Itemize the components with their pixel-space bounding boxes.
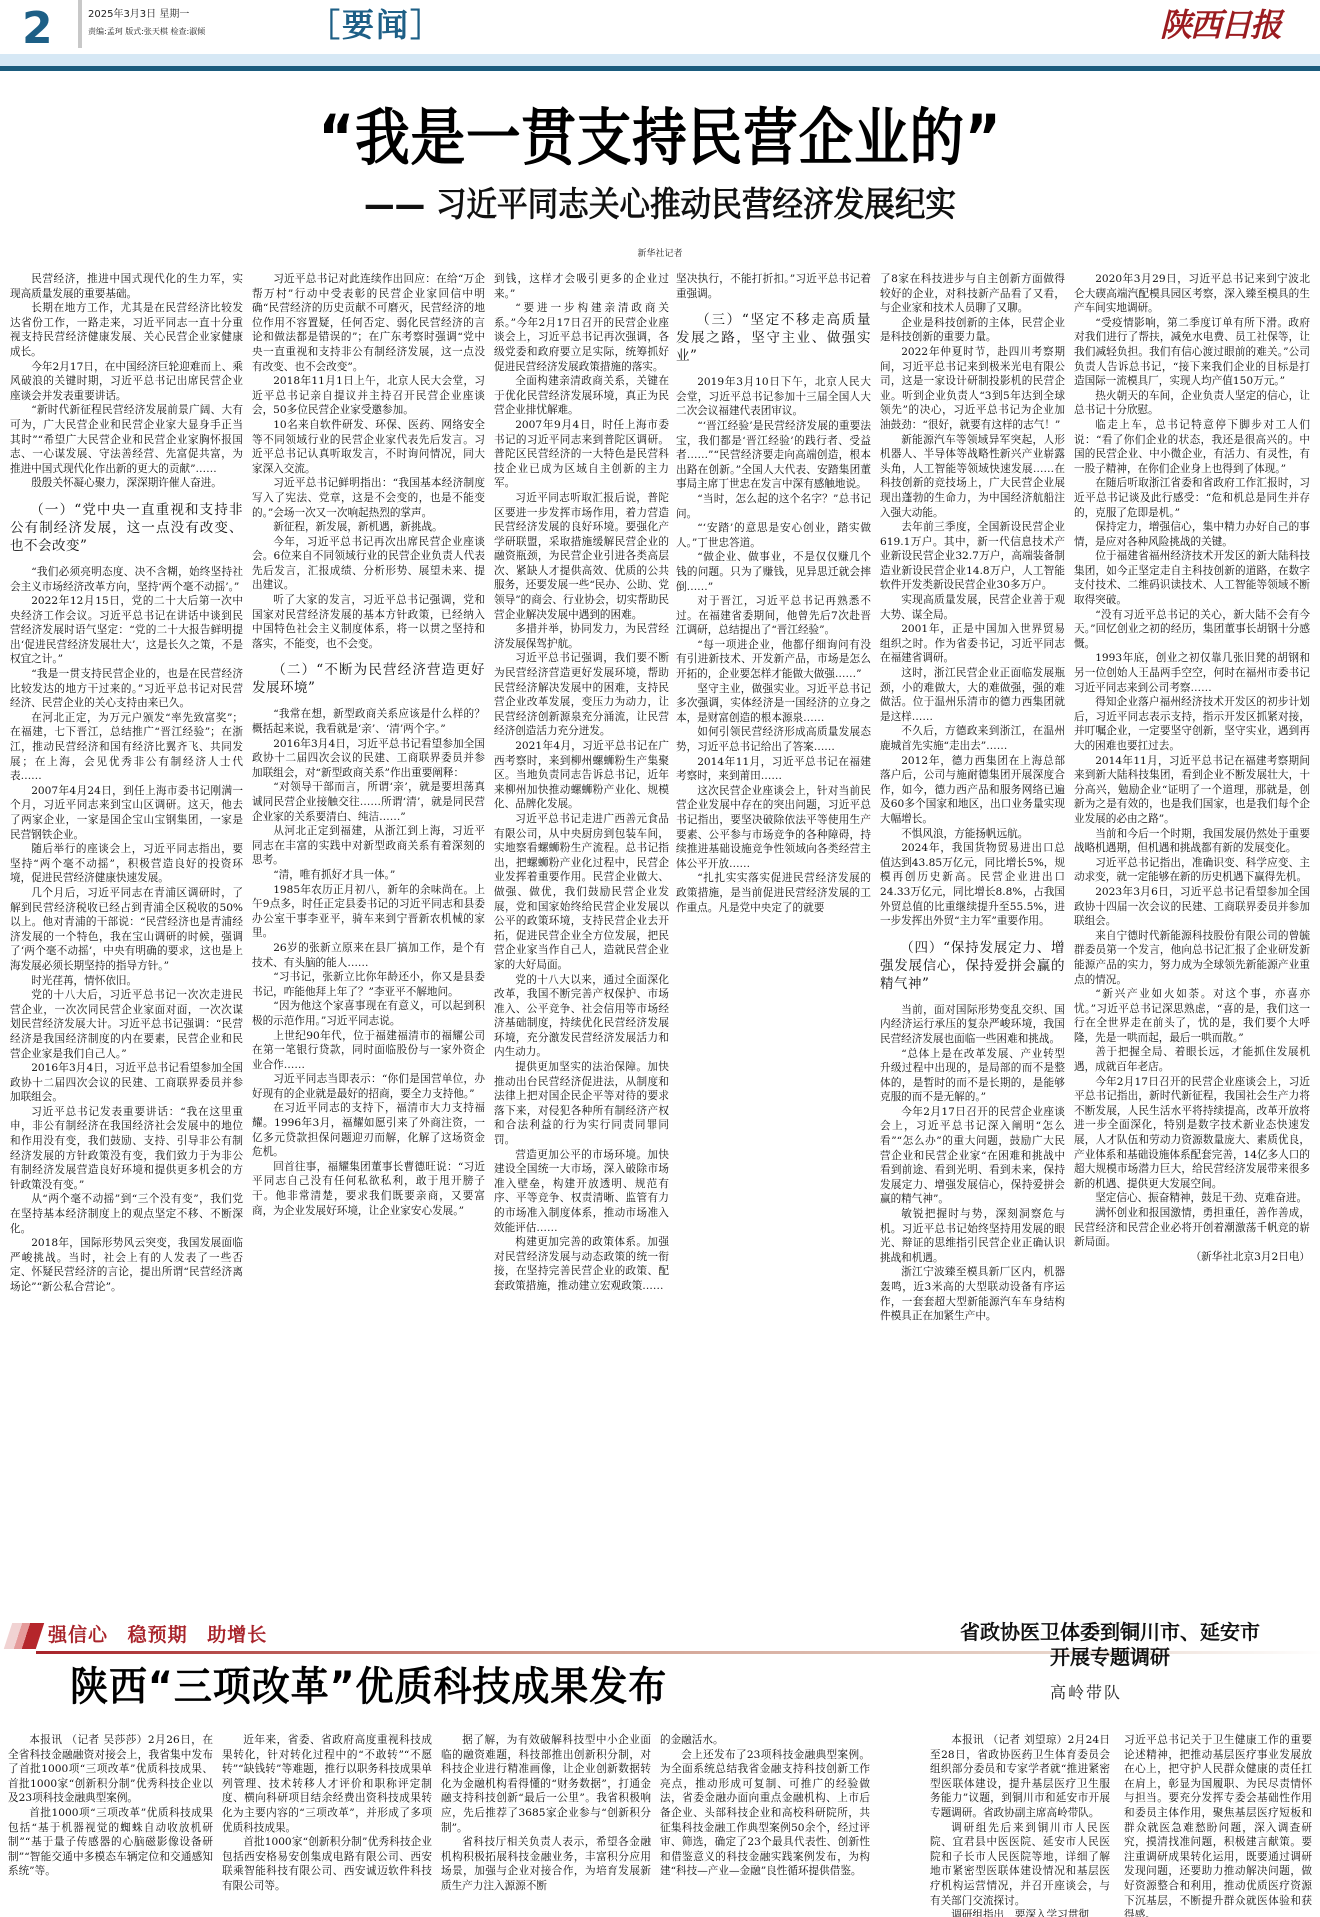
article-column-6: 2020年3月29日，习近平总书记来到宁波北仑大碶高端汽配模具园区考察，深入臻至… (1074, 272, 1310, 1572)
paragraph: 习近平总书记走进广西善元食品有限公司，从中央厨房到包装车间，实地察看螺蛳粉生产流… (494, 812, 669, 973)
paragraph: “做企业、做事业，不是仅仅赚几个钱的问题。只为了赚钱，见异思迁就会摔倒……” (676, 550, 871, 594)
paragraph: 这次民营企业座谈会上，针对当前民营企业发展中存在的突出问题，习近平总书记指出，要… (676, 784, 871, 872)
paragraph: “‘安踏’的意思是安心创业，踏实做人。”丁世忠答道。 (676, 521, 871, 550)
paragraph: 26岁的张新立原来在县厂搞加工作，是个有技术、有头脑的能人…… (252, 941, 485, 970)
paragraph: 对于晋江，习近平总书记再熟悉不过。在福建省委期间，他曾先后7次赴晋江调研，总结提… (676, 594, 871, 638)
paragraph: 据了解，为有效破解科技型中小企业面临的融资难题，科技部推出创新积分制，对科技企业… (441, 1733, 651, 1835)
paragraph: “清，唯有抓好才具一体。” (252, 868, 485, 883)
paragraph: “没有习近平总书记的关心，新大陆不会有今天。”回忆创业之初的经历，集团董事长胡钢… (1074, 608, 1310, 652)
paragraph: 企业是科技创新的主体，民营企业是科技创新的重要力量。 (880, 316, 1065, 345)
paragraph: 调研组先后来到铜川市人民医院、宜君县中医医院、延安市人民医院和子长市人民医院等地… (930, 1821, 1110, 1909)
paragraph: “受疫情影响，第二季度订单有所下滑。政府对我们进行了帮扶，减免水电费、员工社保等… (1074, 316, 1310, 389)
paragraph: 热火朝天的车间，企业负责人坚定的信心，让总书记十分欣慰。 (1074, 389, 1310, 418)
cppcc-article-headline: 省政协医卫体委到铜川市、延安市 开展专题调研 (930, 1620, 1290, 1670)
section-heading-1: （一）“党中央一直重视和支持非公有制经济发展，这一点没有改变、也不会改变” (10, 501, 243, 555)
paragraph: 构建更加完善的政策体系。加强对民营经济发展与动态政策的统一衔接，在坚持完善民营企… (494, 1235, 669, 1293)
paragraph: 坚守主业，做强实业。习近平总书记多次强调，实体经济是一国经济的立身之本，是财富创… (676, 682, 871, 726)
masthead-divider (78, 0, 82, 48)
paragraph: 敏锐把握时与势，深刻洞察危与机。习近平总书记始终坚持用发展的眼光、辩证的思维指引… (880, 1207, 1065, 1265)
issue-meta: 2025年3月3日 星期一 责编:孟珂 版式:张天棋 检查:淑倾 (88, 6, 205, 40)
paragraph: 民营经济，推进中国式现代化的生力军，实现高质量发展的重要基础。 (10, 272, 243, 301)
section-heading-3: （三）“坚定不移走高质量发展之路，坚守主业、做强实业” (676, 311, 871, 365)
paragraph: 保持定力，增强信心，集中精力办好自己的事情，是应对各种风险挑战的关键。 (1074, 520, 1310, 549)
science-column-3: 据了解，为有效破解科技型中小企业面临的融资难题，科技部推出创新积分制，对科技企业… (441, 1733, 651, 1917)
paragraph: 调研组指出，要深入学习贯彻 (930, 1908, 1110, 1917)
paragraph: 省科技厅相关负责人表示，希望各金融机构积极拓展科技金融业务，丰富积分应用场景，加… (441, 1835, 651, 1893)
section-heading-2: （二）“不断为民营经济营造更好发展环境” (252, 661, 485, 697)
paragraph: 本报讯 （记者 吴莎莎）2月26日，在全省科技金融融资对接会上，我省集中发布了首… (8, 1733, 213, 1806)
paragraph: 2018年11月1日上午，北京人民大会堂，习近平总书记亲自提议并主持召开民营企业… (252, 374, 485, 418)
article-column-5: 了8家在科技进步与自主创新方面做得较好的企业，对科技新产品看了又看，与企业家和技… (880, 272, 1065, 1572)
paragraph: “习书记，张新立比你年龄还小，你又是县委书记，咋能他拜上年了？”李亚平不解地问。 (252, 970, 485, 999)
paragraph: 从河北正定到福建，从浙江到上海，习近平同志在丰富的实践中对新型政商关系有着深刻的… (252, 824, 485, 868)
paragraph: 习近平同志听取汇报后说，普陀区要进一步发挥市场作用，着力营造民营经济发展的良好环… (494, 491, 669, 622)
paragraph: 2014年11月，习近平总书记在福建考察期间来到新大陆科技集团，看到企业不断发展… (1074, 754, 1310, 827)
paragraph: “新时代新征程民营经济发展前景广阔、大有可为，广大民营企业和民营企业家大显身手正… (10, 403, 243, 476)
paragraph: 2018年，国际形势风云突变，我国发展面临严峻挑战。当时，社会上有的人发表了一些… (10, 1236, 243, 1294)
page-number: 2 (22, 4, 53, 54)
paragraph: 今年2月17日，在中国经济巨轮迎难而上、乘风破浪的关键时期，习近平总书记出席民营… (10, 360, 243, 404)
editorial-staff: 责编:孟珂 版式:张天棋 检查:淑倾 (88, 24, 205, 40)
cppcc-headline-line-1: 省政协医卫体委到铜川市、延安市 (930, 1620, 1290, 1645)
paragraph: 几个月后，习近平同志在青浦区调研时，了解到民营经济税收已经占到青浦全区税收的50… (10, 886, 243, 974)
paragraph: 2022年仲夏时节，赴四川考察期间，习近平总书记来到极米光电有限公司，这是一家设… (880, 345, 1065, 433)
section-kicker: 强信心 稳预期 助增长 (8, 1617, 798, 1653)
paragraph: “总体上是在改革发展、产业转型升级过程中出现的，是局部的而不是整体的，是暂时的而… (880, 1047, 1065, 1105)
paragraph: 不久后，方德政来到浙江，在温州鹿城首先实施“走出去”…… (880, 724, 1065, 753)
cppcc-column-1: 本报讯 （记者 刘望琼）2月24日至28日，省政协医药卫生体育委员会组织部分委员… (930, 1733, 1110, 1917)
paragraph: 今年2月17日召开的民营企业座谈会上，习近平总书记指出，新时代新征程，我国社会生… (1074, 1075, 1310, 1192)
paragraph: “我是一贯支持民营企业的，也是在民营经济比较发达的地方干过来的。”习近平总书记对… (10, 667, 243, 711)
paragraph: 2023年3月6日，习近平总书记看望参加全国政协十四届一次会议的民建、工商联界委… (1074, 885, 1310, 929)
paragraph: 去年前三季度，全国新设民营企业619.1万户。其中，新一代信息技术产业新设民营企… (880, 520, 1065, 593)
paragraph: 2021年4月，习近平总书记在广西考察时，来到柳州螺蛳粉生产集聚区。当地负责同志… (494, 739, 669, 812)
dateline-sign: （新华社北京3月2日电） (1074, 1250, 1310, 1265)
paragraph: 殷殷关怀凝心聚力，深深期许催人奋进。 (10, 476, 243, 491)
paragraph: 2007年9月4日，时任上海市委书记的习近平同志来到普陀区调研。普陀区民营经济的… (494, 418, 669, 491)
paragraph: 上世纪90年代，位于福建福清市的福耀公司在第一笔银行贷款，同时面临股份与一家外资… (252, 1029, 485, 1073)
paragraph: 坚决执行，不能打折扣。”习近平总书记着重强调。 (676, 272, 871, 301)
paragraph: 时光荏苒，情怀依旧。 (10, 974, 243, 989)
article-column-4: 坚决执行，不能打折扣。”习近平总书记着重强调。 （三）“坚定不移走高质量发展之路… (676, 272, 871, 1572)
header-band (0, 54, 1320, 66)
paragraph: 2022年12月15日，党的二十大后第一次中央经济工作会议。习近平总书记在讲话中… (10, 594, 243, 667)
paragraph: 习近平总书记指出，准确识变、科学应变、主动求变，就一定能够在新的历史机遇下赢得先… (1074, 856, 1310, 885)
science-column-2: 近年来，省委、省政府高度重视科技成果转化，针对转化过程中的“不敢转”“不愿转”“… (222, 1733, 432, 1917)
header-rule (0, 66, 1320, 71)
paragraph: 从“两个毫不动摇”到“三个没有变”，我们党在坚持基本经济制度上的观点坚定不移、不… (10, 1192, 243, 1236)
paragraph: 2007年4月24日，到任上海市委书记刚满一个月，习近平同志来到宝山区调研。这天… (10, 784, 243, 842)
paragraph: 的金融活水。 (660, 1733, 870, 1748)
kicker-stripes-icon (4, 1623, 44, 1649)
science-column-1: 本报讯 （记者 吴莎莎）2月26日，在全省科技金融融资对接会上，我省集中发布了首… (8, 1733, 213, 1917)
paragraph: 到钱，这样才会吸引更多的企业过来。” (494, 272, 669, 301)
science-article-headline: 陕西“三项改革”优质科技成果发布 (70, 1660, 735, 1714)
paragraph: 习近平同志当即表示：“你们是国营单位，办好现有的企业就是最好的招商，要全力支持他… (252, 1072, 485, 1101)
paragraph: 了8家在科技进步与自主创新方面做得较好的企业，对科技新产品看了又看，与企业家和技… (880, 272, 1065, 316)
paragraph: 善于把握全局、着眼长远，才能抓住发展机遇，成就百年老店。 (1074, 1045, 1310, 1074)
paragraph: 在河北正定，为万元户颁发“率先致富奖”；在福建，七下晋江，总结推广“晋江经验”；… (10, 711, 243, 784)
paragraph: 长期在地方工作，尤其是在民营经济比较发达省份工作，一路走来，习近平同志一直十分重… (10, 301, 243, 359)
paragraph: “扎扎实实落实促进民营经济发展的政策措施，是当前促进民营经济发展的工作重点。凡是… (676, 871, 871, 915)
paragraph: 坚定信心、振奋精神，鼓足干劲、克难奋进。 (1074, 1191, 1310, 1206)
paragraph: “‘晋江经验’是民营经济发展的重要法宝，我们都是‘晋江经验’的践行者、受益者……… (676, 419, 871, 492)
paragraph: 多措并举，协同发力，为民营经济发展保驾护航。 (494, 622, 669, 651)
paragraph: 习近平总书记关于卫生健康工作的重要论述精神，把推动基层医疗事业发展放在心上，把守… (1124, 1733, 1312, 1917)
paragraph: 不惧风浪，方能扬帆远航。 (880, 827, 1065, 842)
paragraph: 浙江宁波臻至模具新厂区内，机器轰鸣，近3米高的大型联动设备有序运作，一套套超大型… (880, 1265, 1065, 1323)
paragraph: 习近平总书记鲜明指出：“我国基本经济制度写入了宪法、党章，这是不会变的，也是不能… (252, 476, 485, 520)
kicker-label: 强信心 稳预期 助增长 (48, 1621, 267, 1649)
paragraph: 党的十八大后，习近平总书记一次次走进民营企业，一次次同民营企业家面对面，一次次谋… (10, 988, 243, 1061)
paragraph: 听了大家的发言，习近平总书记强调，党和国家对民营经济发展的基本方针政策，已经纳入… (252, 593, 485, 651)
paragraph: 习近平总书记发表重要讲话：“我在这里重申，非公有制经济在我国经济社会发展中的地位… (10, 1105, 243, 1193)
paragraph: 实现高质量发展，民营企业善于观大势、谋全局。 (880, 593, 1065, 622)
section-tag: ［要闻］ (308, 2, 444, 48)
paragraph: 当前，面对国际形势变乱交织、国内经济运行承压的复杂严峻环境，我国民营经济发展也面… (880, 1003, 1065, 1047)
paragraph: “我们必须亮明态度、决不含糊，始终坚持社会主义市场经济改革方向，坚持‘两个毫不动… (10, 565, 243, 594)
paragraph: 全面构建亲清政商关系，关键在于优化民营经济发展环境，真正为民营企业排忧解难。 (494, 374, 669, 418)
science-column-4: 的金融活水。 会上还发布了23项科技金融典型案例。为全面系统总结我省金融支持科技… (660, 1733, 870, 1917)
paragraph: 满怀创业和报国激情，勇担重任，善作善成，民营经济和民营企业必将开创着潮激荡千帆竞… (1074, 1206, 1310, 1250)
cppcc-article-subtitle: 高岭带队 (1050, 1680, 1122, 1703)
paragraph: 1985年农历正月初八，新年的余味尚在。上午9点多，时任正定县委书记的习近平同志… (252, 883, 485, 941)
paragraph: 1993年底，创业之初仅靠几张旧凳的胡钢和另一位创始人王晶两手空空，何时在福州市… (1074, 651, 1310, 695)
paragraph: 2016年3月4日，习近平总书记看望参加全国政协十二届四次会议的民建、工商联界委… (10, 1061, 243, 1105)
paragraph: 随后举行的座谈会上，习近平同志指出，要坚持“两个毫不动摇”，积极营造良好的投资环… (10, 842, 243, 886)
cppcc-column-2: 习近平总书记关于卫生健康工作的重要论述精神，把推动基层医疗事业发展放在心上，把守… (1124, 1733, 1312, 1917)
paragraph: “要进一步构建亲清政商关系。”今年2月17日召开的民营企业座谈会上，习近平总书记… (494, 301, 669, 374)
paragraph: 当前和今后一个时期，我国发展仍然处于重要战略机遇期，但机遇和挑战都有新的发展变化… (1074, 827, 1310, 856)
paragraph: 2016年3月4日，习近平总书记看望参加全国政协十二届四次会议的民建、工商联界委… (252, 737, 485, 781)
article-column-2: 习近平总书记对此连续作出回应：在给“万企帮万村”行动中受表彰的民营企业家回信中明… (252, 272, 485, 1572)
paragraph: 本报讯 （记者 刘望琼）2月24日至28日，省政协医药卫生体育委员会组织部分委员… (930, 1733, 1110, 1821)
paragraph: 10名来自软件研发、环保、医药、网络安全等不同领域行业的民营企业家代表先后发言。… (252, 418, 485, 476)
paragraph: 首批1000家“创新积分制”优秀科技企业包括西安格易安创集成电路有限公司、西安联… (222, 1835, 432, 1893)
paragraph: 回首往事，福耀集团董事长曹德旺说：“习近平同志自己没有任何私欲私利，敢于甩开膀子… (252, 1160, 485, 1218)
paragraph: 临走上车，总书记特意停下脚步对工人们说：“看了你们企业的状态，我还是很高兴的。中… (1074, 418, 1310, 476)
masthead: 2 2025年3月3日 星期一 责编:孟珂 版式:张天棋 检查:淑倾 ［要闻］ … (0, 0, 1320, 72)
paragraph: 新征程，新发展，新机遇，新挑战。 (252, 520, 485, 535)
paragraph: 如何引领民营经济形成高质量发展态势，习近平总书记给出了答案…… (676, 725, 871, 754)
paragraph: 习近平总书记强调，我们要不断为民营经济营造更好发展环境，帮助民营经济解决发展中的… (494, 651, 669, 739)
main-subheadline: —— 习近平同志关心推动民营经济发展纪实 (66, 183, 1254, 227)
paragraph: 今年，习近平总书记再次出席民营企业座谈会。6位来自不同领域行业的民营企业负责人代… (252, 535, 485, 593)
paragraph: 2024年，我国货物贸易进出口总值达到43.85万亿元，同比增长5%，规模再创历… (880, 841, 1065, 929)
paragraph: “每一项进企业，他都仔细询问有没有引进新技术、开发新产品，市场是怎么开拓的，企业… (676, 638, 871, 682)
paragraph: “对领导干部而言，所谓‘亲’，就是要坦荡真诚同民营企业接触交往……所谓‘清’，就… (252, 780, 485, 824)
paragraph: 2014年11月，习近平总书记在福建考察时，来到莆田…… (676, 755, 871, 784)
paragraph: 这时，浙江民营企业正面临发展瓶颈，小的难做大，大的难做强，强的难做活。位于温州乐… (880, 666, 1065, 724)
article-column-1: 民营经济，推进中国式现代化的生力军，实现高质量发展的重要基础。 长期在地方工作，… (10, 272, 243, 1572)
paragraph: 2001年，正是中国加入世界贸易组织之时。作为省委书记，习近平同志在福建省调研。 (880, 622, 1065, 666)
paragraph: 近年来，省委、省政府高度重视科技成果转化，针对转化过程中的“不敢转”“不愿转”“… (222, 1733, 432, 1835)
newspaper-logo: 陕西日报 (1160, 2, 1280, 48)
paragraph: 提供更加坚实的法治保障。加快推动出台民营经济促进法，从制度和法律上把对国企民企平… (494, 1060, 669, 1148)
paragraph: 来自宁德时代新能源科技股份有限公司的曾毓群委员第一个发言，他向总书记汇报了企业研… (1074, 929, 1310, 987)
paragraph: 2020年3月29日，习近平总书记来到宁波北仑大碶高端汽配模具园区考察，深入臻至… (1074, 272, 1310, 316)
paragraph: 在习近平同志的支持下，福清市大力支持福耀。1996年3月，福耀如愿引来了外商注资… (252, 1101, 485, 1159)
article-column-3: 到钱，这样才会吸引更多的企业过来。” “要进一步构建亲清政商关系。”今年2月17… (494, 272, 669, 1572)
paragraph: 党的十八大以来，通过全面深化改革，我国不断完善产权保护、市场准入、公平竞争、社会… (494, 973, 669, 1061)
section-heading-4: （四）“保持发展定力、增强发展信心，保持爱拼会赢的精气神” (880, 939, 1065, 993)
paragraph: 2019年3月10日下午，北京人民大会堂，习近平总书记参加十三届全国人大二次会议… (676, 375, 871, 419)
main-byline: 新华社记者 (0, 246, 1320, 259)
paragraph: 得知企业落户福州经济技术开发区的初步计划后，习近平同志表示支持，指示开发区抓紧对… (1074, 695, 1310, 753)
paragraph: 位于福建省福州经济技术开发区的新大陆科技集团，如今正坚定走自主科技创新的道路，在… (1074, 549, 1310, 607)
paragraph: “新兴产业如火如荼。对这个事，亦喜亦忧。”习近平总书记深思熟虑，“喜的是，我们这… (1074, 987, 1310, 1045)
paragraph: 在随后听取浙江省委和省政府工作汇报时，习近平总书记谈及此行感受：“危和机总是同生… (1074, 476, 1310, 520)
cppcc-headline-line-2: 开展专题调研 (930, 1645, 1290, 1670)
paragraph: 新能源汽车等领域异军突起，人形机器人、半导体等战略性新兴产业崭露头角，人工智能等… (880, 433, 1065, 521)
paragraph: 首批1000项“三项改革”优质科技成果包括“基于机器视觉的蜘蛛自动收放机研制”“… (8, 1806, 213, 1879)
paragraph: “当时，怎么起的这个名字？”总书记问。 (676, 492, 871, 521)
paragraph: 今年2月17日召开的民营企业座谈会上，习近平总书记深入阐明“怎么看”“怎么办”的… (880, 1105, 1065, 1207)
paragraph: “我常在想，新型政商关系应该是什么样的？概括起来说，我看就是‘亲’、‘清’两个字… (252, 707, 485, 736)
paragraph: 2012年，德力西集团在上海总部落户后，公司与施耐德集团开展深度合作，如今，德力… (880, 754, 1065, 827)
paragraph: “因为他这个家喜事现在有意义，可以起到积极的示范作用。”习近平同志说。 (252, 999, 485, 1028)
paragraph: 习近平总书记对此连续作出回应：在给“万企帮万村”行动中受表彰的民营企业家回信中明… (252, 272, 485, 374)
paragraph: 会上还发布了23项科技金融典型案例。为全面系统总结我省金融支持科技创新工作亮点，… (660, 1748, 870, 1879)
paragraph: 营造更加公平的市场环境。加快建设全国统一大市场，深入破除市场准入壁垒，构建开放透… (494, 1148, 669, 1236)
issue-date: 2025年3月3日 星期一 (88, 6, 205, 24)
main-headline: “我是一贯支持民营企业的” (79, 100, 1241, 176)
